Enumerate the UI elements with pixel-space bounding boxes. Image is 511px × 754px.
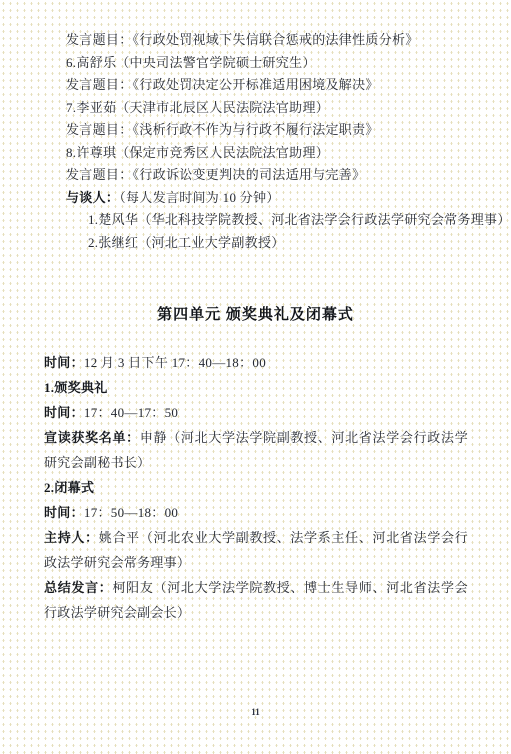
section-line-award-ceremony: 1.颁奖典礼 bbox=[44, 375, 468, 400]
doc-line-discussants-label: 与谈人：（每人发言时间为 10 分钟） bbox=[66, 187, 466, 210]
doc-line: 6.高舒乐（中央司法警官学院硕士研究生） bbox=[66, 52, 466, 75]
section-line-closing: 2.闭幕式 bbox=[44, 475, 468, 500]
section-line-summary-speech: 总结发言：柯阳友（河北大学法学院教授、博士生导师、河北省法学会行政法学研究会副会… bbox=[44, 575, 468, 625]
doc-line: 8.许尊琪（保定市竞秀区人民法院法官助理） bbox=[66, 142, 466, 165]
doc-line: 发言题目：《行政处罚视域下失信联合惩戒的法律性质分析》 bbox=[66, 29, 466, 52]
doc-line: 7.李亚茹（天津市北辰区人民法院法官助理） bbox=[66, 97, 466, 120]
section-heading: 第四单元 颁奖典礼及闭幕式 bbox=[0, 303, 511, 324]
doc-line: 发言题目：《行政处罚决定公开标准适用困境及解决》 bbox=[66, 74, 466, 97]
closing-ceremony-section: 时间：12 月 3 日下午 17：40—18：00 1.颁奖典礼 时间：17：4… bbox=[44, 350, 468, 625]
section-line-time: 时间：17：40—17：50 bbox=[44, 400, 468, 425]
section-line-host: 主持人：姚合平（河北农业大学副教授、法学系主任、河北省法学会行政法学研究会常务理… bbox=[44, 525, 468, 575]
doc-line: 发言题目：《行政诉讼变更判决的司法适用与完善》 bbox=[66, 164, 466, 187]
speaker-list-continuation: 发言题目：《行政处罚视域下失信联合惩戒的法律性质分析》 6.高舒乐（中央司法警官… bbox=[66, 29, 466, 254]
page-number: 11 bbox=[0, 707, 511, 717]
document-page: 发言题目：《行政处罚视域下失信联合惩戒的法律性质分析》 6.高舒乐（中央司法警官… bbox=[0, 0, 511, 754]
section-line-time: 时间：17：50—18：00 bbox=[44, 500, 468, 525]
doc-line-discussant: 2.张继红（河北工业大学副教授） bbox=[66, 232, 466, 255]
section-line-award-announcer: 宣读获奖名单：申静（河北大学法学院副教授、河北省法学会行政法学研究会副秘书长） bbox=[44, 425, 468, 475]
doc-line-discussant: 1.楚风华（华北科技学院教授、河北省法学会行政法学研究会常务理事） bbox=[66, 209, 466, 232]
section-line-time: 时间：12 月 3 日下午 17：40—18：00 bbox=[44, 350, 468, 375]
doc-line: 发言题目：《浅析行政不作为与行政不履行法定职责》 bbox=[66, 119, 466, 142]
